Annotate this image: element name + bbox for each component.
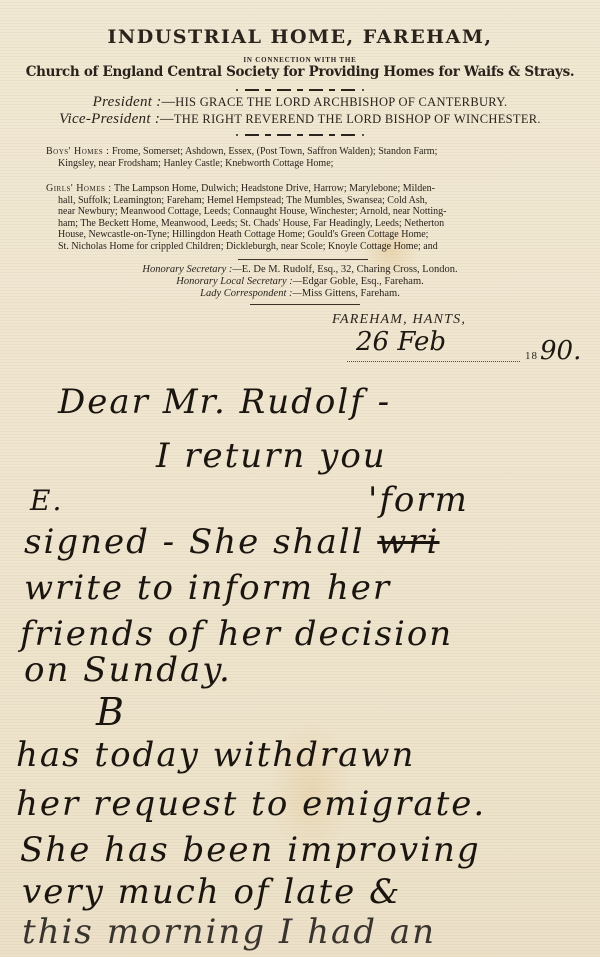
letter-line: write to inform her bbox=[24, 568, 391, 608]
president-name: HIS GRACE THE LORD ARCHBISHOP OF CANTERB… bbox=[175, 95, 507, 109]
dateline-day-month: 26 Feb bbox=[356, 327, 446, 357]
boys-homes-text: Frome, Somerset; Ashdown, Essex, (Post T… bbox=[112, 146, 437, 157]
lady-correspondent-label: Lady Correspondent :— bbox=[200, 288, 302, 299]
hon-secretary: E. De M. Rudolf, Esq., 32, Charing Cross… bbox=[242, 264, 458, 275]
vice-president-label: Vice-President :— bbox=[59, 111, 174, 127]
hon-local-secretary-label: Honorary Local Secretary :— bbox=[176, 276, 302, 287]
ornamental-divider bbox=[0, 129, 600, 139]
boys-homes-text: Kingsley, near Frodsham; Hanley Castle; … bbox=[46, 158, 566, 170]
dateline-year-suffix: 90. bbox=[540, 336, 581, 366]
girls-homes-text: hall, Suffolk; Leamington; Fareham; Heme… bbox=[46, 195, 566, 207]
lady-correspondent: Miss Gittens, Fareham. bbox=[302, 288, 400, 299]
boys-homes-label: Boys' Homes : bbox=[46, 146, 109, 157]
girls-homes-text: The Lampson Home, Dulwich; Headstone Dri… bbox=[114, 183, 435, 194]
letterhead-connection: IN CONNECTION WITH THE bbox=[0, 56, 600, 64]
vice-president-line: Vice-President :—THE RIGHT REVEREND THE … bbox=[0, 111, 600, 128]
letter-line: E. bbox=[30, 484, 63, 517]
ornamental-divider bbox=[0, 84, 600, 94]
letterhead-society: Church of England Central Society for Pr… bbox=[0, 64, 600, 80]
letter-page: INDUSTRIAL HOME, FAREHAM, IN CONNECTION … bbox=[0, 0, 600, 957]
divider-rule bbox=[238, 259, 368, 260]
letter-line: friends of her decision bbox=[20, 614, 453, 654]
letter-line: I return you bbox=[156, 436, 387, 476]
letter-line: B bbox=[96, 690, 126, 734]
girls-homes-text: St. Nicholas Home for crippled Children;… bbox=[46, 241, 566, 253]
girls-homes-label: Girls' Homes : bbox=[46, 183, 112, 194]
president-line: President :—HIS GRACE THE LORD ARCHBISHO… bbox=[0, 94, 600, 111]
letter-line: She has been improving bbox=[20, 830, 481, 870]
letter-line: signed - She shall wri bbox=[24, 522, 440, 562]
letter-line: her request to emigrate. bbox=[16, 784, 486, 824]
letter-salutation: Dear Mr. Rudolf - bbox=[58, 382, 391, 422]
vice-president-name: THE RIGHT REVEREND THE LORD BISHOP OF WI… bbox=[174, 112, 541, 126]
letter-line: has today withdrawn bbox=[16, 735, 415, 775]
dateline-year-prefix: 18 bbox=[525, 350, 538, 362]
letterhead-title: INDUSTRIAL HOME, FAREHAM, bbox=[0, 26, 600, 48]
divider-rule bbox=[250, 304, 360, 305]
hon-secretary-label: Honorary Secretary :— bbox=[142, 264, 241, 275]
letter-line: 'form bbox=[368, 480, 469, 520]
president-label: President :— bbox=[93, 94, 176, 110]
struck-word: wri bbox=[377, 522, 439, 562]
letter-line-text: signed - She shall bbox=[24, 522, 364, 562]
dateline-place: FAREHAM, HANTS, bbox=[332, 312, 466, 328]
boys-homes: Boys' Homes : Frome, Somerset; Ashdown, … bbox=[46, 146, 566, 169]
girls-homes-text: House, Newcastle-on-Tyne; Hillingdon Hea… bbox=[46, 229, 566, 241]
girls-homes-text: near Newbury; Meanwood Cottage, Leeds; C… bbox=[46, 206, 566, 218]
secretaries-block: Honorary Secretary :—E. De M. Rudolf, Es… bbox=[0, 264, 600, 300]
letter-line: on Sunday. bbox=[24, 650, 232, 690]
letter-line: this morning I had an bbox=[22, 912, 436, 952]
girls-homes: Girls' Homes : The Lampson Home, Dulwich… bbox=[46, 183, 566, 252]
hon-local-secretary: Edgar Goble, Esq., Fareham. bbox=[302, 276, 424, 287]
girls-homes-text: ham; The Beckett Home, Meanwood, Leeds; … bbox=[46, 218, 566, 230]
letter-line: very much of late & bbox=[22, 872, 401, 912]
